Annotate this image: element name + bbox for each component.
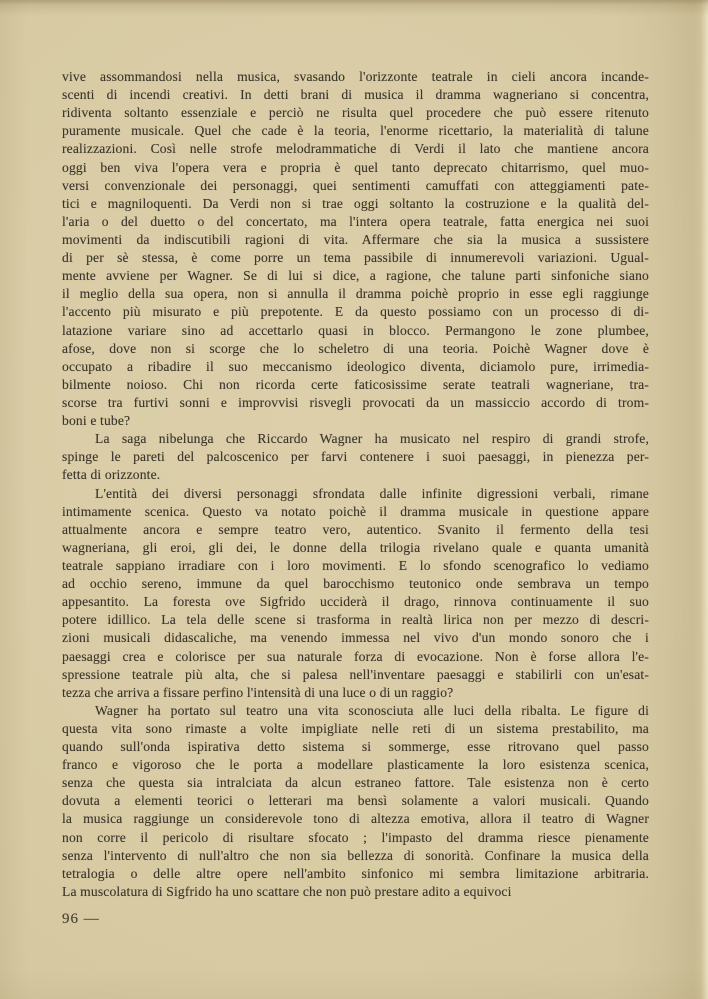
text-line: spressione teatrale più alta, che si pal… (62, 666, 649, 684)
text-line: La saga nibelunga che Riccardo Wagner ha… (62, 430, 649, 448)
text-line: scenti di incendi creativi. In detti bra… (62, 86, 649, 104)
text-line: scorse tra furtivi sonni e improvvisi ri… (62, 394, 649, 412)
text-line: potere idillico. La tela delle scene si … (62, 611, 649, 629)
text-line: spinge le pareti del palcoscenico per fa… (62, 448, 649, 466)
text-line: tici e magniloquenti. Da Verdi non si tr… (62, 195, 649, 213)
text-line: senza l'intervento di null'altro che non… (62, 847, 649, 865)
text-line: questa vita sono rimaste a volte impigli… (62, 720, 649, 738)
text-line: movimenti da indiscutibili ragioni di vi… (62, 231, 649, 249)
paragraph: L'entità dei diversi personaggi sfrondat… (62, 485, 649, 702)
text-line: oggi ben viva l'opera vera e propria è q… (62, 159, 649, 177)
text-line: di per sè stessa, è come porre un tema p… (62, 249, 649, 267)
text-line: mente avviene per Wagner. Se di lui si d… (62, 267, 649, 285)
scanned-book-page: vive assommandosi nella musica, svasando… (0, 0, 708, 999)
text-line: ad occhio sereno, immune da quel barocch… (62, 575, 649, 593)
text-line: intimamente scenica. Questo va notato po… (62, 503, 649, 521)
paragraph: vive assommandosi nella musica, svasando… (62, 68, 649, 430)
text-line: tezza che arriva a fissare perfino l'int… (62, 684, 649, 702)
text-line: senza che questa sia intralciata da alcu… (62, 774, 649, 792)
body-text: vive assommandosi nella musica, svasando… (62, 68, 649, 901)
text-line: tetralogia o delle altre opere nell'ambi… (62, 865, 649, 883)
text-line: teatrale sappiano irradiare con i loro m… (62, 557, 649, 575)
text-line: zioni musicali didascaliche, ma venendo … (62, 629, 649, 647)
text-line: Wagner ha portato sul teatro una vita sc… (62, 702, 649, 720)
text-line: vive assommandosi nella musica, svasando… (62, 68, 649, 86)
text-line: appesantito. La foresta ove Sigfrido ucc… (62, 593, 649, 611)
text-line: il meglio della sua opera, non si annull… (62, 285, 649, 303)
text-line: afose, dove non si scorge che lo schelet… (62, 340, 649, 358)
text-line: paesaggi crea e colorisce per sua natura… (62, 648, 649, 666)
text-line: boni e tube? (62, 412, 649, 430)
page-number: 96 — (62, 911, 100, 928)
text-line: fetta di orizzonte. (62, 466, 649, 484)
text-line: dovuta a elementi teorici o letterari ma… (62, 792, 649, 810)
text-line: puramente musicale. Quel che cade è la t… (62, 122, 649, 140)
text-line: versi convenzionale dei personaggi, quei… (62, 177, 649, 195)
text-line: ridiventa soltanto essenziale e perciò n… (62, 104, 649, 122)
text-line: La muscolatura di Sigfrido ha uno scatta… (62, 883, 649, 901)
text-line: wagneriana, gli eroi, gli dei, le donne … (62, 539, 649, 557)
text-line: attualmente ancora e sempre teatro vero,… (62, 521, 649, 539)
text-line: realizzazioni. Così nelle strofe melodra… (62, 140, 649, 158)
paragraph: Wagner ha portato sul teatro una vita sc… (62, 702, 649, 901)
text-line: la musica raggiunge un considerevole ton… (62, 810, 649, 828)
text-line: l'accento più misurato e più prepotente.… (62, 303, 649, 321)
paragraph: La saga nibelunga che Riccardo Wagner ha… (62, 430, 649, 484)
text-line: quando sull'onda ispirativa detto sistem… (62, 738, 649, 756)
text-line: bilmente noioso. Chi non ricorda certe f… (62, 376, 649, 394)
text-line: non corre il pericolo di risultare sfoca… (62, 829, 649, 847)
text-line: l'aria o del duetto o del concertato, ma… (62, 213, 649, 231)
text-line: L'entità dei diversi personaggi sfrondat… (62, 485, 649, 503)
text-line: franco e vigoroso che le porta a modella… (62, 756, 649, 774)
text-line: latazione variare sino ad accettarlo qua… (62, 322, 649, 340)
text-line: occupato a ribadire il suo meccanismo id… (62, 358, 649, 376)
